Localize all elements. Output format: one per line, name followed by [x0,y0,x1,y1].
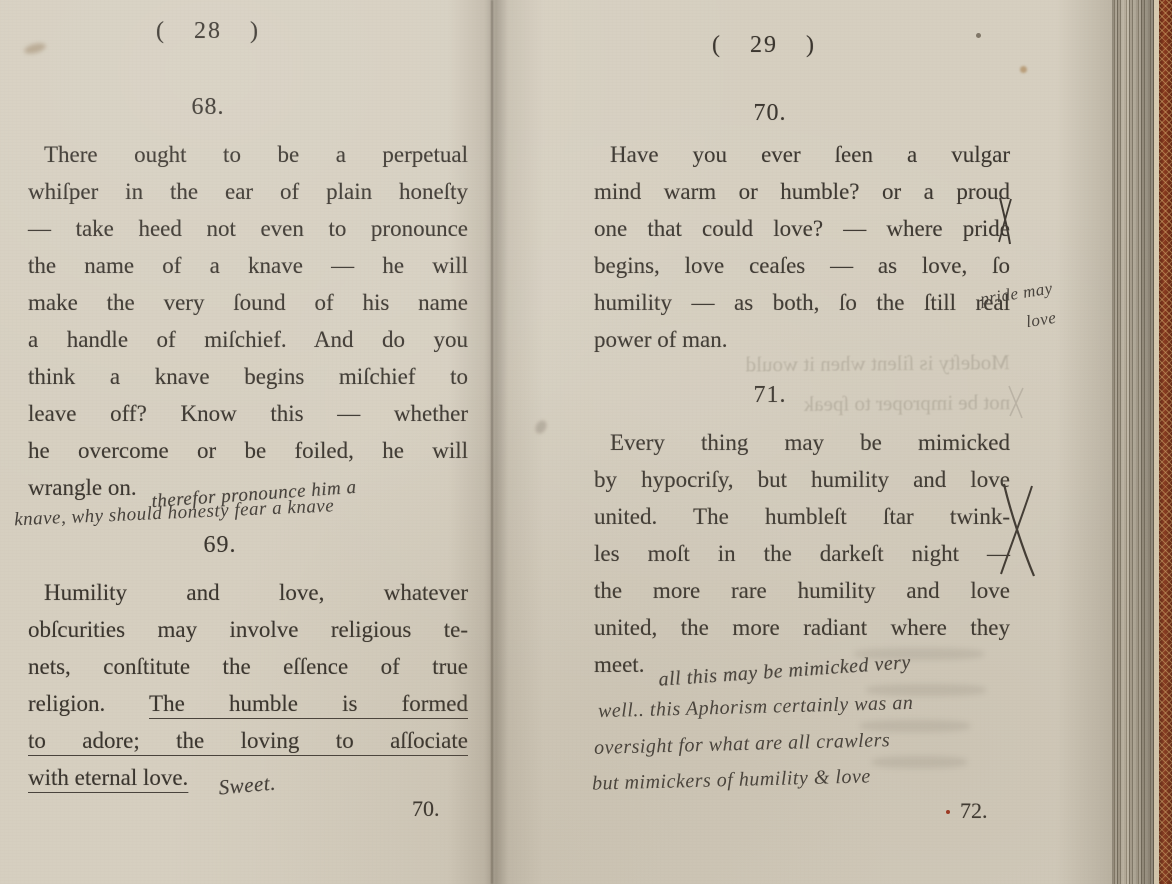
catchword-right: 72. [960,798,988,824]
show-through-smudge [854,648,984,660]
page-number-header-left: ( 28 ) [0,18,416,45]
handwritten-annotation: oversight for what are all crawlers [594,729,891,760]
paper-speck [1020,66,1027,73]
print-line: a handle of miſchief. And do you [28,321,468,358]
print-line: with eternal love.Sweet. [28,759,468,797]
print-line: by hypocriſy, but humility and love [594,461,1010,498]
print-line: leave off? Know this — whether [28,395,468,432]
margin-x-mark-small [994,194,1018,253]
aphorism-68-text: There ought to be a perpetual whiſper in… [28,136,468,508]
aphorism-68-number: 68. [0,94,416,121]
print-fragment: wrangle on. [28,475,137,500]
show-through-line: Modeſty is ſilent when it would [590,342,1010,386]
print-line: Have you ever ſeen a vulgar [594,136,1010,173]
print-line: begins, love ceaſes — as love, ſo [594,247,1010,284]
underlined-print-line: to adore; the loving to aſſociate [28,722,468,759]
print-line: Humility and love, whatever [28,574,468,611]
print-line: he overcome or be foiled, he will [28,432,468,469]
print-line: religion. The humble is formed [28,685,468,722]
aphorism-70-number: 70. [494,100,1046,127]
red-ink-speck [946,810,950,814]
print-line: Every thing may be mimicked [594,424,1010,461]
print-line: think a knave begins miſchief to [28,358,468,395]
handwritten-annotation: Sweet. [217,765,277,807]
page-stack-fore-edge [1112,0,1154,884]
show-through-smudge [860,720,970,732]
handwritten-annotation: but mimickers of humility & love [592,765,871,795]
book-scan: ( 28 ) 68. There ought to be a perpetual… [0,0,1172,884]
catchword-left: 70. [412,796,440,822]
print-line: les moſt in the darkeſt night — [594,535,1010,572]
aphorism-70-text: Have you ever ſeen a vulgar mind warm or… [594,136,1010,358]
print-line: humility — as both, ſo the ſtill real [594,284,1010,321]
print-line: obſcurities may involve religious te- [28,611,468,648]
underlined-print-fragment: with eternal love. [28,765,188,790]
aphorism-71-number: 71. [494,382,1046,409]
print-line: make the very ſound of his name [28,284,468,321]
print-fragment: religion. [28,691,105,716]
print-line: the more rare humility and love [594,572,1010,609]
aphorism-69-text: Humility and love, whatever obſcurities … [28,574,468,797]
handwritten-annotation: well.. this Aphorism certainly was an [598,692,914,723]
print-line: united, the more radiant where they [594,609,1010,646]
aphorism-69-number: 69. [0,532,440,559]
print-fragment: meet. [594,652,644,677]
print-line: whiſper in the ear of plain honeſty [28,173,468,210]
print-line: nets, conſtitute the eſſence of true [28,648,468,685]
print-line: one that could love? — where pride [594,210,1010,247]
leather-binding-edge [1159,0,1172,884]
page-number-header-right: ( 29 ) [494,32,1034,59]
margin-x-mark-large [996,478,1040,587]
paper-speck [976,33,981,38]
page-left-28: ( 28 ) 68. There ought to be a perpetual… [0,0,494,884]
print-line: the name of a knave — he will [28,247,468,284]
print-line: mind warm or humble? or a proud [594,173,1010,210]
aphorism-71-text: Every thing may be mimicked by hypocriſy… [594,424,1010,685]
show-through-smudge [872,756,967,768]
print-line: — take heed not even to pronounce [28,210,468,247]
page-right-29: ( 29 ) 70. Have you ever ſeen a vulgar m… [494,0,1112,884]
gutter-crease [491,0,493,884]
print-line: united. The humbleſt ſtar twink- [594,498,1010,535]
show-through-smudge [866,684,986,696]
print-line: There ought to be a perpetual [28,136,468,173]
underlined-print-fragment: The humble is formed [149,691,468,716]
handwritten-margin-note: love [1025,308,1058,332]
